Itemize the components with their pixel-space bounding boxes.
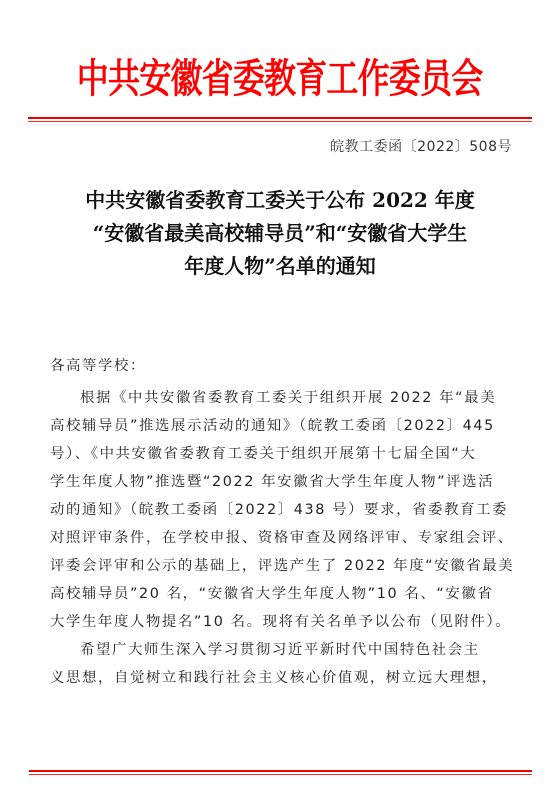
paragraph-line: 根据《中共安徽省委教育工委关于组织开展 2022 年“最美	[50, 384, 520, 412]
footer-rule-thick	[29, 770, 532, 772]
document-page: 中共安徽省委教育工作委员会 皖教工委函〔2022〕508号 中共安徽省委教育工委…	[0, 0, 560, 788]
masthead-title: 中共安徽省委教育工作委员会	[56, 54, 504, 104]
paragraph-line: 高校辅导员”推选展示活动的通知》（皖教工委函〔2022〕445	[50, 412, 520, 440]
notice-title: 中共安徽省委教育工委关于公布 2022 年度 “安徽省最美高校辅导员”和“安徽省…	[0, 184, 560, 283]
paragraph-line: 大学生年度人物提名”10 名。现将有关名单予以公布（见附件）。	[50, 608, 520, 636]
document-number: 皖教工委函〔2022〕508号	[330, 136, 512, 156]
notice-body: 各高等学校： 根据《中共安徽省委教育工委关于组织开展 2022 年“最美 高校辅…	[50, 352, 520, 692]
header-rule-thin	[28, 121, 532, 122]
footer-rule-thin	[29, 774, 532, 775]
title-line: “安徽省最美高校辅导员”和“安徽省大学生	[0, 217, 560, 250]
header-rule-thick	[28, 117, 532, 119]
paragraph-line: 希望广大师生深入学习贯彻习近平新时代中国特色社会主	[50, 636, 520, 664]
title-line: 中共安徽省委教育工委关于公布 2022 年度	[0, 184, 560, 217]
paragraph-line: 号）、《中共安徽省委教育工委关于组织开展第十七届全国“大	[50, 440, 520, 468]
title-line: 年度人物”名单的通知	[0, 250, 560, 283]
paragraph-line: 学生年度人物”推选暨“2022 年安徽省大学生年度人物”评选活	[50, 468, 520, 496]
paragraph-line: 高校辅导员”20 名，“安徽省大学生年度人物”10 名、“安徽省	[50, 580, 520, 608]
paragraph-line: 评委会评审和公示的基础上，评选产生了 2022 年度“安徽省最美	[50, 552, 520, 580]
paragraph-line: 义思想，自觉树立和践行社会主义核心价值观，树立远大理想，	[50, 664, 520, 692]
salutation: 各高等学校：	[50, 352, 520, 380]
paragraph-line: 动的通知》（皖教工委函〔2022〕438 号）要求，省委教育工委	[50, 496, 520, 524]
paragraph-line: 对照评审条件，在学校申报、资格审查及网络评审、专家组会评、	[50, 524, 520, 552]
